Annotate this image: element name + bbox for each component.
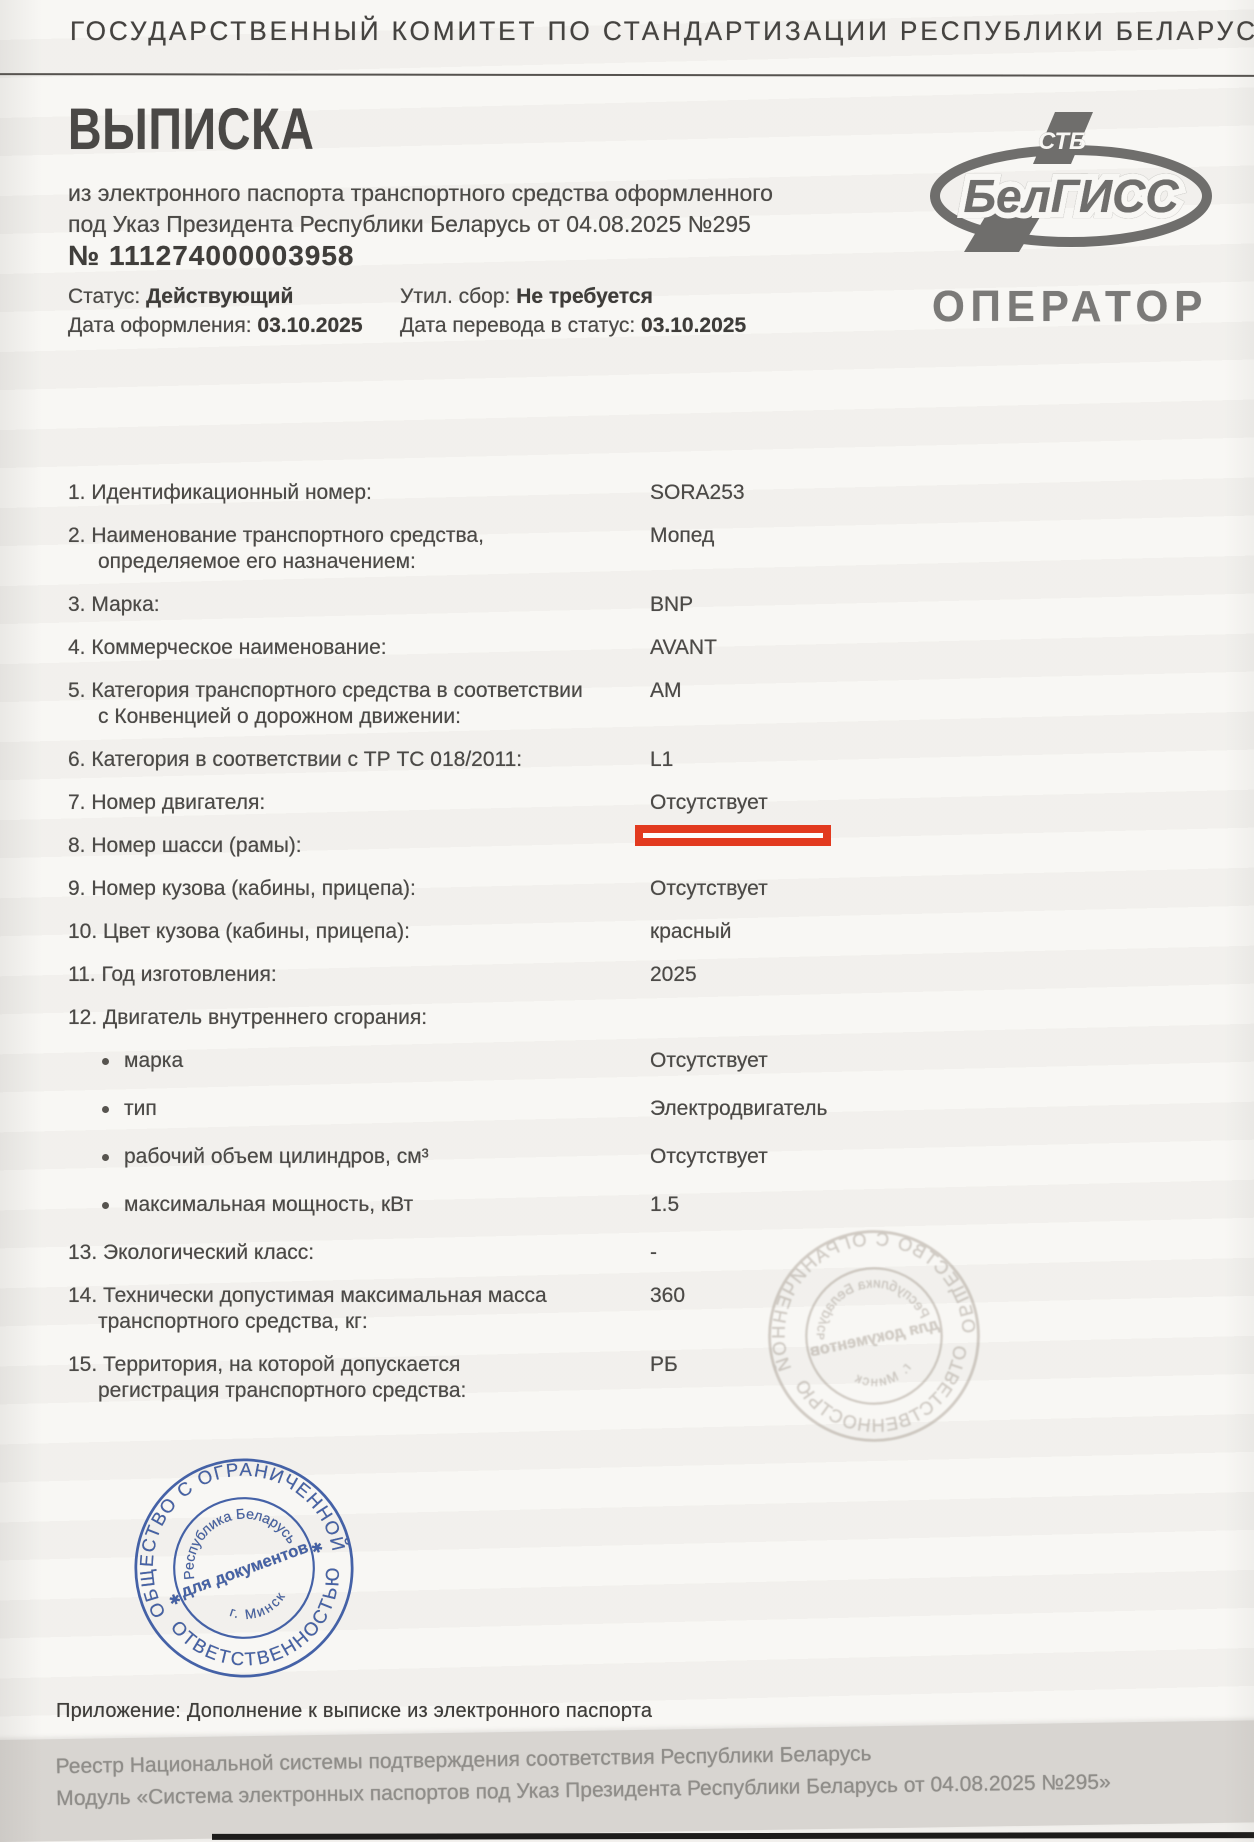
field-value: Отсутствует: [650, 1144, 1218, 1170]
document-number: № 111274000003958: [68, 240, 355, 272]
svg-text:г. Минск: г. Минск: [224, 1585, 293, 1630]
header-divider: [0, 73, 1254, 77]
field-value: BNP: [650, 592, 1218, 618]
date-status-row: Дата перевода в статус: 03.10.2025: [400, 313, 746, 339]
field-label: 10. Цвет кузова (кабины, прицепа):: [68, 919, 650, 945]
fields-table: 1. Идентификационный номер:SORA2532. Наи…: [68, 480, 1218, 1421]
appendix-note: Приложение: Дополнение к выписке из элек…: [56, 1700, 652, 1723]
field-value: [650, 833, 1218, 859]
svg-text:ОБЩЕСТВО С ОГРАНИЧЕННОЙ: ОБЩЕСТВО С ОГРАНИЧЕННОЙ: [126, 1450, 352, 1622]
company-stamp-icon: ОБЩЕСТВО С ОГРАНИЧЕННОЙ ОТВЕТСТВЕННОСТЬЮ…: [126, 1450, 362, 1686]
redaction-box: [635, 825, 831, 846]
field-label: 14. Технически допустимая максимальная м…: [68, 1283, 650, 1335]
gov-header: ГОСУДАРСТВЕННЫЙ КОМИТЕТ ПО СТАНДАРТИЗАЦИ…: [70, 16, 1156, 47]
field-value: AM: [650, 678, 1218, 730]
field-value: красный: [650, 919, 1218, 945]
footer-line1: Реестр Национальной системы подтверждени…: [56, 1742, 872, 1779]
status-block: Статус: Действующий Утил. сбор: Не требу…: [68, 284, 746, 339]
field-row: 12. Двигатель внутреннего сгорания:: [68, 1005, 1218, 1031]
field-label: тип: [68, 1096, 650, 1122]
date-issued-value: 03.10.2025: [257, 314, 362, 337]
date-issued-label: Дата оформления:: [68, 314, 252, 337]
field-row: маркаОтсутствует: [68, 1048, 1218, 1074]
field-label: 5. Категория транспортного средства в со…: [68, 678, 650, 730]
status-value: Действующий: [146, 285, 293, 308]
field-label: 8. Номер шасси (рамы):: [68, 833, 650, 859]
field-row: 14. Технически допустимая максимальная м…: [68, 1283, 1218, 1335]
field-row: 4. Коммерческое наименование:AVANT: [68, 635, 1218, 661]
field-label: 4. Коммерческое наименование:: [68, 635, 650, 661]
field-label: 11. Год изготовления:: [68, 962, 650, 988]
field-label: 9. Номер кузова (кабины, прицепа):: [68, 876, 650, 902]
field-label: 13. Экологический класс:: [68, 1240, 650, 1266]
field-label: 12. Двигатель внутреннего сгорания:: [68, 1005, 650, 1031]
ghost-stamp-icon: ОБЩЕСТВО С ОГРАНИЧЕННОЙ ОТВЕТСТВЕННОСТЬЮ…: [758, 1220, 990, 1452]
status-row: Статус: Действующий: [68, 284, 400, 310]
field-row: 15. Территория, на которой допускаетсяре…: [68, 1352, 1218, 1404]
field-label: 7. Номер двигателя:: [68, 790, 650, 816]
field-row: 1. Идентификационный номер:SORA253: [68, 480, 1218, 506]
field-label: марка: [68, 1048, 650, 1074]
util-fee-label: Утил. сбор:: [400, 285, 510, 308]
svg-text:✱: ✱: [167, 1591, 183, 1609]
field-row: 13. Экологический класс:-: [68, 1240, 1218, 1266]
field-label: 15. Территория, на которой допускаетсяре…: [68, 1352, 650, 1404]
field-row: 8. Номер шасси (рамы):: [68, 833, 1218, 859]
footer-band: Реестр Национальной системы подтверждени…: [0, 1720, 1254, 1842]
field-label: 6. Категория в соответствии с ТР ТС 018/…: [68, 747, 650, 773]
date-status-value: 03.10.2025: [641, 314, 746, 337]
field-value: L1: [650, 747, 1218, 773]
field-label-line2: с Конвенцией о дорожном движении:: [68, 704, 650, 730]
field-value: Отсутствует: [650, 876, 1218, 902]
status-label: Статус:: [68, 285, 140, 308]
svg-text:ОБЩЕСТВО С ОГРАНИЧЕННОЙ: ОБЩЕСТВО С ОГРАНИЧЕННОЙ: [758, 1220, 982, 1376]
document-page: ГОСУДАРСТВЕННЫЙ КОМИТЕТ ПО СТАНДАРТИЗАЦИ…: [0, 0, 1254, 1842]
date-issued-row: Дата оформления: 03.10.2025: [68, 313, 400, 339]
footer-line2: Модуль «Система электронных паспортов по…: [56, 1771, 1111, 1812]
document-subtitle: из электронного паспорта транспортного с…: [68, 178, 828, 240]
logo-emblem: СТБ: [1038, 128, 1086, 155]
field-row: 9. Номер кузова (кабины, прицепа):Отсутс…: [68, 876, 1218, 902]
field-value: SORA253: [650, 480, 1218, 506]
field-row: рабочий объем цилиндров, см³Отсутствует: [68, 1144, 1218, 1170]
field-row: максимальная мощность, кВт1.5: [68, 1192, 1218, 1218]
field-value: Электродвигатель: [650, 1096, 1218, 1122]
logo-brand-text: БелГИСС: [963, 170, 1179, 222]
field-row: 7. Номер двигателя:Отсутствует: [68, 790, 1218, 816]
field-row: 11. Год изготовления:2025: [68, 962, 1218, 988]
svg-text:г. Минск: г. Минск: [849, 1358, 916, 1395]
belgiss-logo-icon: СТБ БелГИСС БелГИСС: [903, 112, 1238, 272]
field-label: 1. Идентификационный номер:: [68, 480, 650, 506]
field-value: 1.5: [650, 1192, 1218, 1218]
field-label: максимальная мощность, кВт: [68, 1192, 650, 1218]
field-row: 2. Наименование транспортного средства,о…: [68, 523, 1218, 575]
field-row: типЭлектродвигатель: [68, 1096, 1218, 1122]
util-fee-row: Утил. сбор: Не требуется: [400, 284, 746, 310]
field-row: 5. Категория транспортного средства в со…: [68, 678, 1218, 730]
field-row: 10. Цвет кузова (кабины, прицепа):красны…: [68, 919, 1218, 945]
field-label-line2: определяемое его назначением:: [68, 549, 650, 575]
subtitle-line2: под Указ Президента Республики Беларусь …: [68, 211, 751, 237]
date-status-label: Дата перевода в статус:: [400, 314, 635, 337]
field-label: 3. Марка:: [68, 592, 650, 618]
util-fee-value: Не требуется: [516, 285, 653, 308]
field-value: AVANT: [650, 635, 1218, 661]
field-label: 2. Наименование транспортного средства,о…: [68, 523, 650, 575]
operator-label: ОПЕРАТОР: [912, 282, 1229, 332]
field-value: 2025: [650, 962, 1218, 988]
field-label-line2: транспортного средства, кг:: [68, 1309, 650, 1335]
field-label-line2: регистрация транспортного средства:: [68, 1378, 650, 1404]
field-label: рабочий объем цилиндров, см³: [68, 1144, 650, 1170]
field-value: Отсутствует: [650, 790, 1218, 816]
field-value: Мопед: [650, 523, 1218, 575]
field-value: [650, 1005, 1218, 1031]
field-row: 3. Марка:BNP: [68, 592, 1218, 618]
field-row: 6. Категория в соответствии с ТР ТС 018/…: [68, 747, 1218, 773]
page-title: ВЫПИСКА: [68, 96, 315, 163]
field-value: Отсутствует: [650, 1048, 1218, 1074]
scan-edge-line: [212, 1832, 1254, 1840]
subtitle-line1: из электронного паспорта транспортного с…: [68, 180, 773, 206]
